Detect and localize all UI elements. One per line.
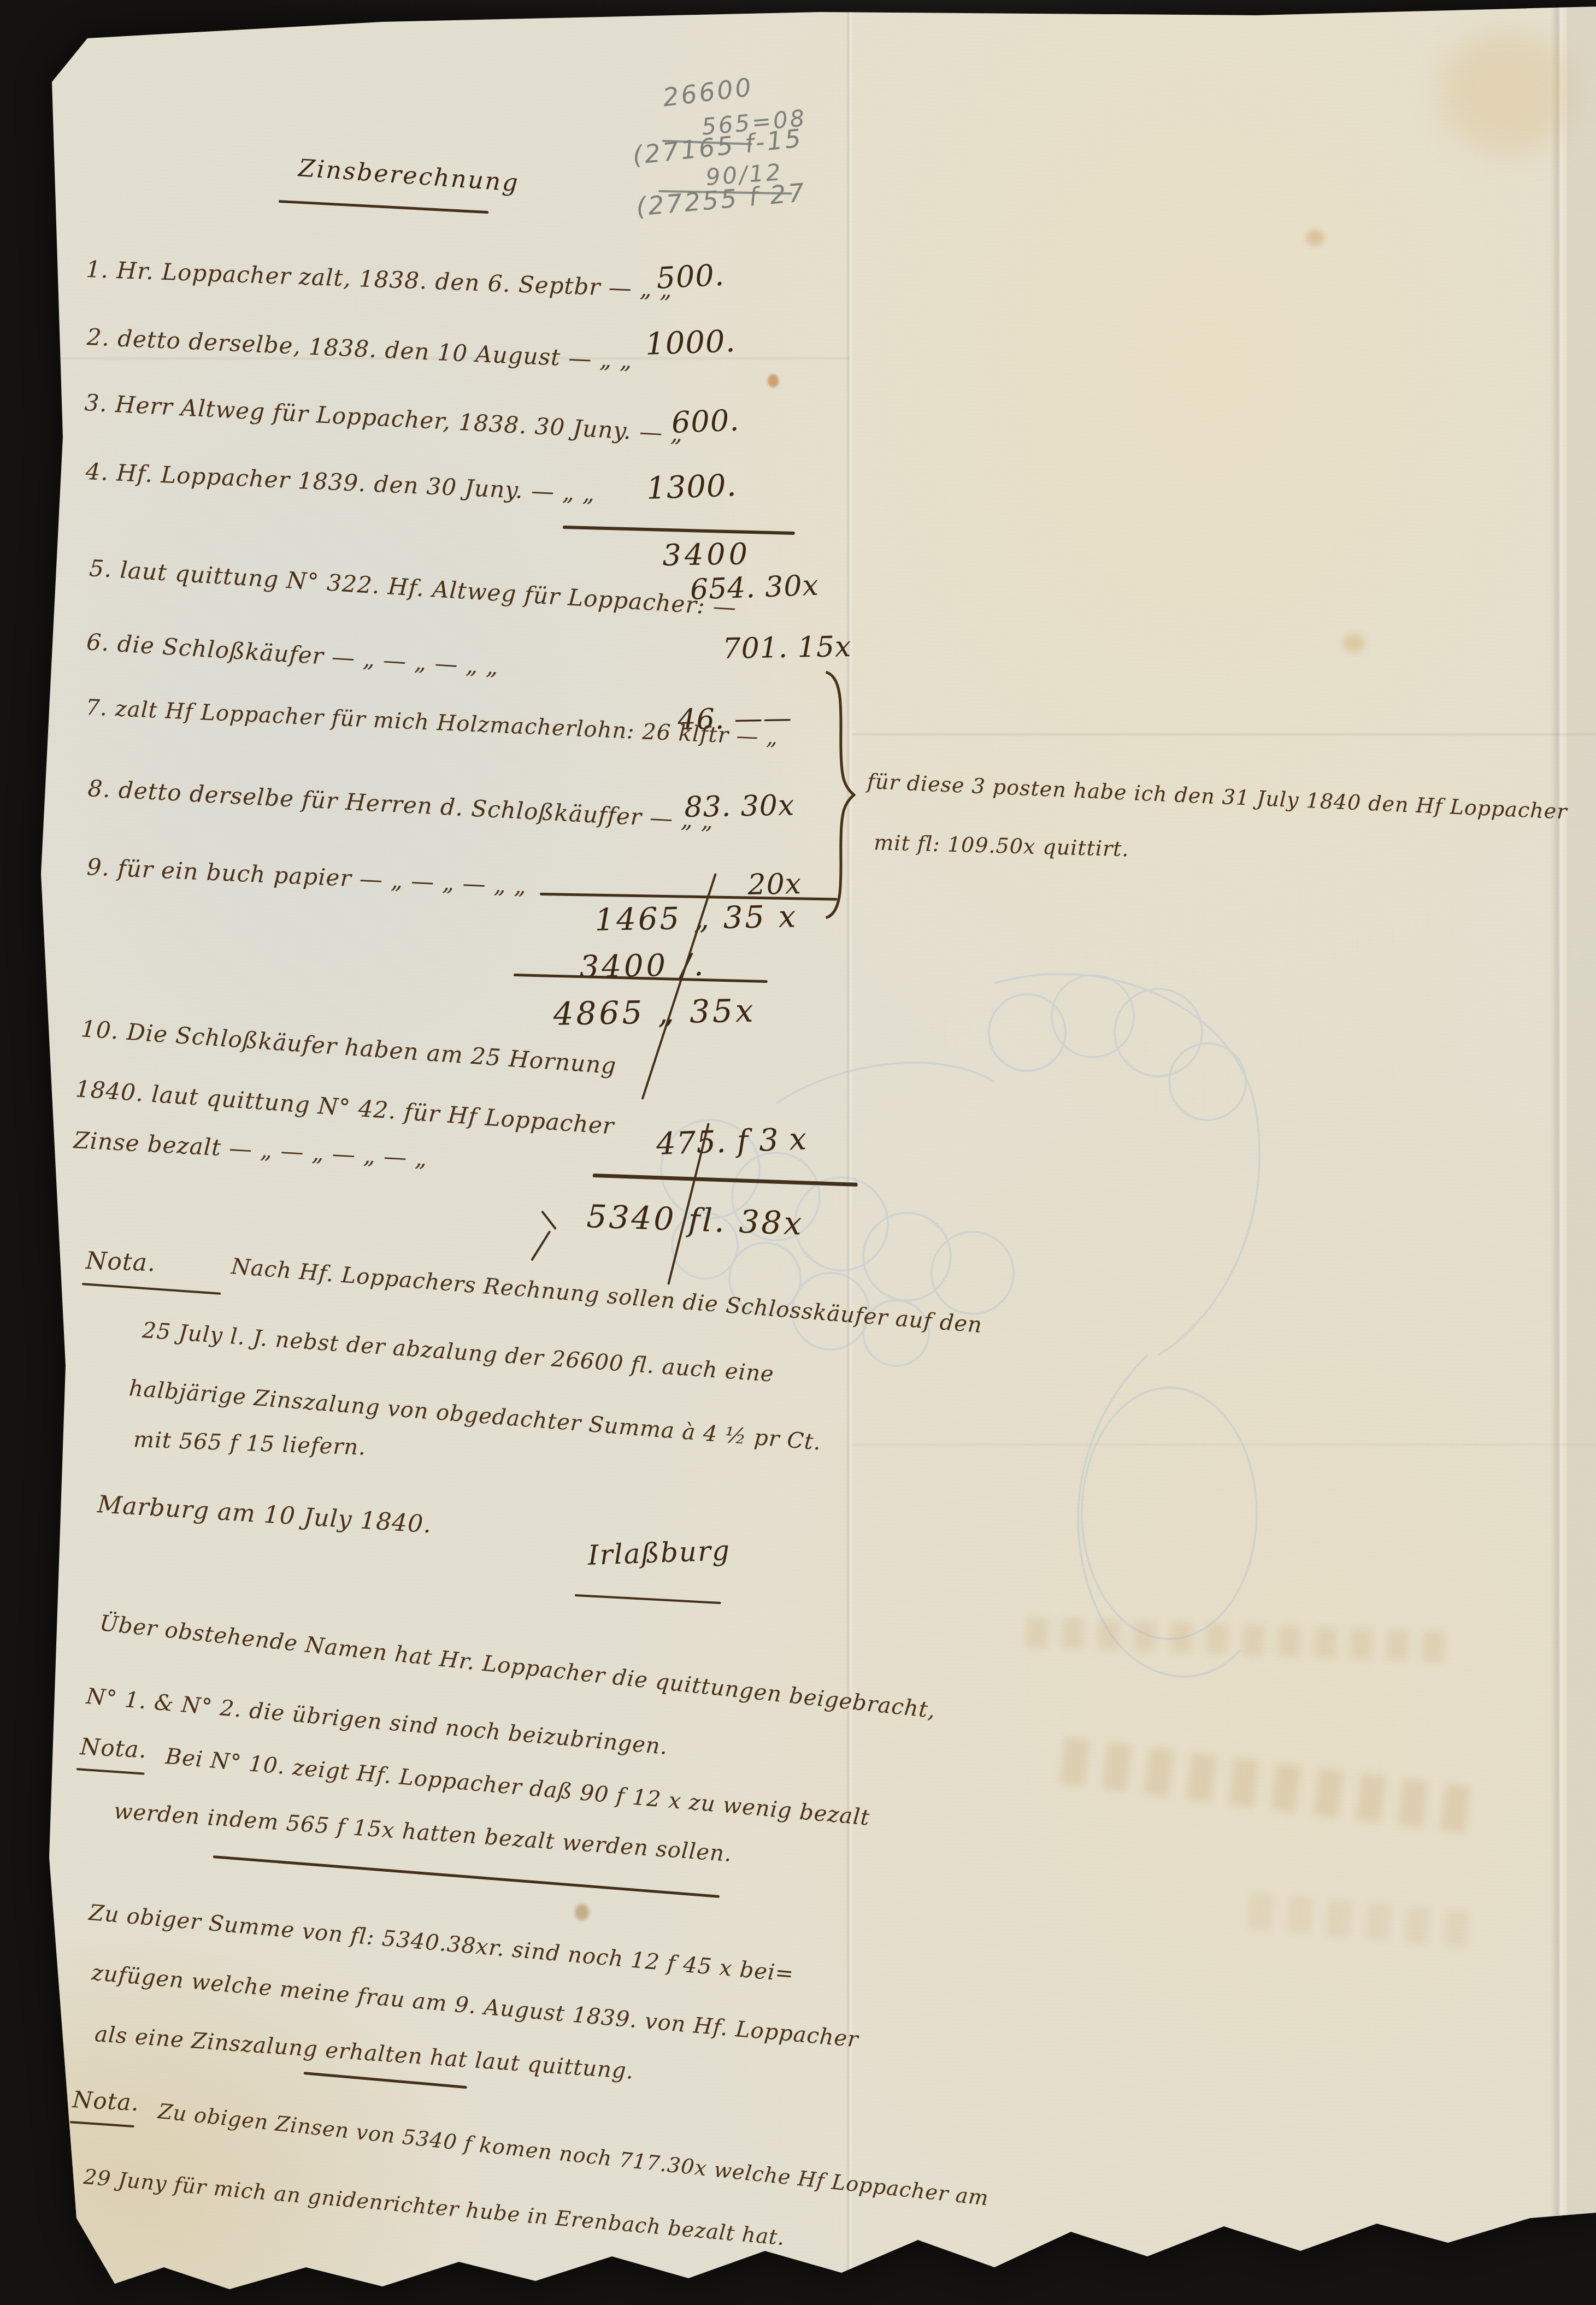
page-background: 26600 565=08 (27165 f-15 90/12 (27255 f … [0,0,1596,2305]
entry-line-7: 7. zalt Hf Loppacher für mich Holzmacher… [85,695,779,750]
entry-line-2: 2. detto derselbe, 1838. den 10 August —… [86,323,633,374]
nota2-label: Nota. [79,1733,148,1763]
entry-amount-6: 701. 15x [722,630,852,665]
title-underline [279,200,489,214]
entry-amount-5: 654. 30x [690,569,820,606]
grouping-brace [815,669,859,921]
subtotal-value: 3400 [662,537,751,573]
check-mark-stroke-1 [541,1211,557,1230]
small-divider-stroke [304,2072,467,2089]
entry-line-3: 3. Herr Altweg für Loppacher, 1838. 30 J… [84,389,684,447]
foxing-spot-2 [1343,634,1365,652]
horizontal-crease-right [852,732,1595,736]
entry-amount-2: 1000. [645,323,736,362]
foxing-spot-1 [1306,229,1324,246]
entry10-line-3: Zinse bezalt — „ — „ — „ — „ [73,1127,428,1172]
dateline: Marburg am 10 July 1840. [97,1490,433,1538]
right-edge-shading [1567,0,1596,2305]
section-divider-stroke [213,1855,720,1898]
entry10-line-2: 1840. laut quittung N° 42. für Hf Loppac… [75,1075,615,1140]
bleedthrough-text-3 [1248,1893,1485,1949]
page-title: Zinsberechnung [297,154,520,197]
pencil-sum-line-1: 26600 [661,72,755,113]
entry-amount-1: 500. [656,257,725,295]
subtotal-rule [563,526,795,535]
entry-amount-4: 1300. [646,468,737,506]
entry-line-5: 5. laut quittung N° 322. Hf. Altweg für … [89,555,737,621]
grand-total-value: 5340 fl. 38x [586,1198,805,1242]
nota1-underline [82,1283,221,1295]
brace-note-line-1: für diese 3 posten habe ich den 31 July … [867,769,1568,824]
right-fold-crease [1551,0,1567,2305]
nota1-label: Nota. [85,1247,156,1277]
addition-line-3: als eine Zinszalung erhalten hat laut qu… [94,2021,635,2084]
bleedthrough-text-2 [1060,1737,1478,1834]
signature: Irlaßburg [587,1535,731,1571]
nota2-underline [76,1768,145,1775]
entry-line-9: 9. für ein buch papier — „ — „ — „ „ [86,853,527,899]
sum-total: 4865 „ 35x [553,992,756,1033]
paper-sheet: 26600 565=08 (27165 f-15 90/12 (27255 f … [0,0,1596,2305]
nota1-line-4: mit 565 f 15 liefern. [133,1427,366,1460]
foxing-spot-3 [575,1904,589,1920]
nota3-underline [70,2121,134,2127]
entry-line-1: 1. Hr. Loppacher zalt, 1838. den 6. Sept… [85,256,673,303]
entry10-amount: 475. f 3 x [656,1121,808,1162]
entry10-line-1: 10. Die Schloßkäufer haben am 25 Hornung [80,1015,617,1079]
brace-note-line-2: mit fl: 109.50x quittirt. [874,830,1129,861]
ink-stain-small [768,374,779,387]
entry-amount-3: 600. [671,403,740,440]
entry-line-8: 8. detto derselbe für Herren d. Schloßkä… [87,775,714,834]
entry-amount-7: 46. —— [678,701,792,736]
paper-wrapper: 26600 565=08 (27165 f-15 90/12 (27255 f … [0,0,1596,2305]
entry-line-6: 6. die Schloßkäufer — „ — „ — „ „ [86,628,499,680]
check-mark-stroke-2 [531,1230,551,1261]
entry-amount-8: 83. 30x [684,789,795,824]
nota3-label: Nota. [72,2086,140,2116]
entry-line-4: 4. Hf. Loppacher 1839. den 30 Juny. — „ … [85,458,596,507]
corner-discoloration [1442,33,1574,153]
